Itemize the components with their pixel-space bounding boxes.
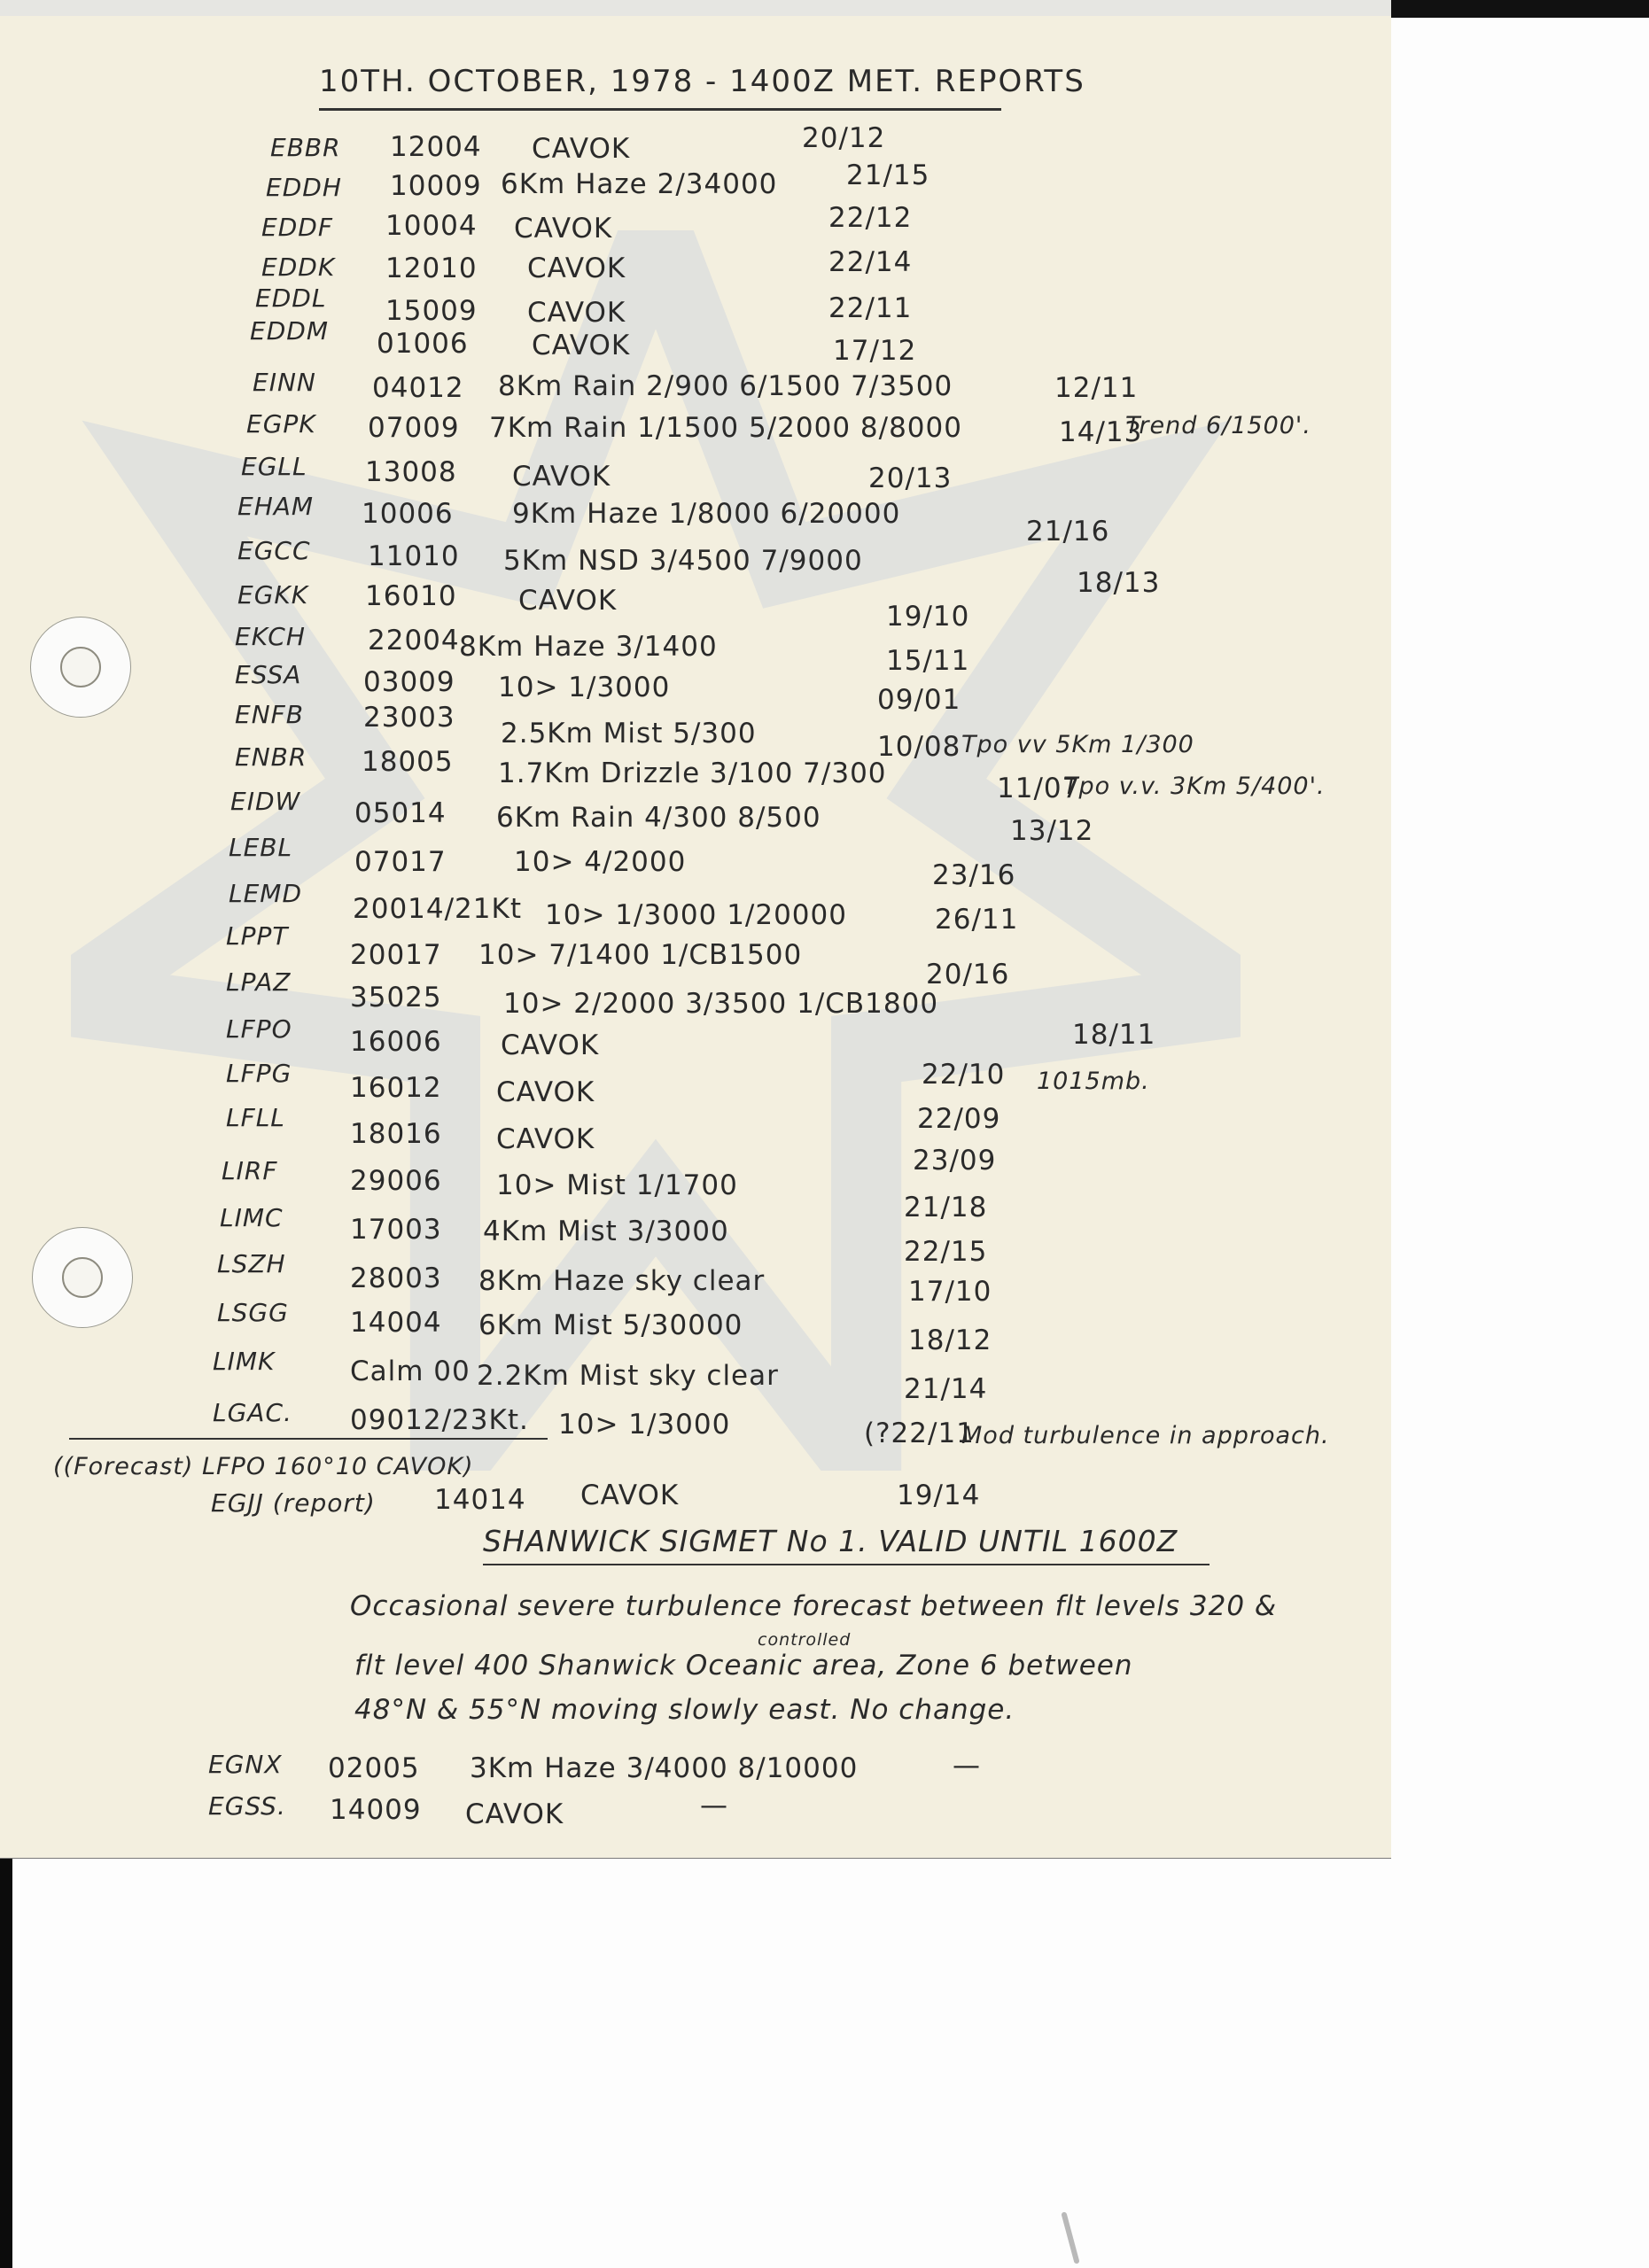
title-underline: [319, 108, 1001, 111]
report-weather: CAVOK: [532, 133, 630, 165]
report-wind: 01006: [377, 328, 469, 360]
sigmet-underline: [483, 1564, 1210, 1565]
report-weather: 9Km Haze 1/8000 6/20000: [512, 498, 900, 530]
report-station: LFLL: [226, 1103, 285, 1132]
report-station: EIDW: [230, 787, 300, 816]
report-station: LPAZ: [226, 967, 291, 997]
report-wind: 12010: [385, 252, 478, 284]
report-temp-dew: 17/12: [833, 335, 916, 367]
report-temp-dew: 15/11: [886, 645, 969, 677]
report-station: LIRF: [222, 1156, 277, 1185]
report-station: EDDM: [250, 316, 329, 346]
report-temp-dew: 21/14: [904, 1373, 987, 1405]
report-weather: 10> 7/1400 1/CB1500: [478, 939, 802, 971]
report-weather: CAVOK: [501, 1029, 599, 1061]
report-temp-dew: 22/14: [828, 246, 912, 278]
report-remark: Tpo vv 5Km 1/300: [961, 731, 1194, 758]
report-temp-dew: 26/11: [935, 904, 1018, 936]
report-temp-dew: 21/18: [904, 1192, 987, 1223]
sigmet-text-line-2: flt level 400 Shanwick Oceanic area, Zon…: [354, 1650, 1133, 1682]
report-station: EGLL: [241, 452, 307, 481]
report-weather: 8Km Rain 2/900 6/1500 7/3500: [498, 370, 953, 402]
report-weather: 7Km Rain 1/1500 5/2000 8/8000: [489, 412, 962, 444]
report-station: EGCC: [237, 536, 311, 565]
paper-top-shadow: [0, 0, 1391, 16]
report-temp-dew: 17/10: [908, 1276, 992, 1308]
report-wind: 16012: [350, 1072, 442, 1104]
report-station: LSZH: [217, 1249, 286, 1278]
report-temp-dew: 22/15: [904, 1236, 987, 1268]
report-wind: 03009: [363, 666, 455, 698]
report-weather: 10> 1/3000: [558, 1409, 730, 1441]
report-wind: 15009: [385, 295, 478, 327]
report-weather: CAVOK: [580, 1480, 679, 1511]
report-wind: 02005: [328, 1752, 420, 1784]
report-weather: 8Km Haze sky clear: [478, 1265, 765, 1297]
report-weather: 10> 4/2000: [514, 846, 686, 878]
hole-reinforcement-ring-bottom: [32, 1227, 133, 1328]
report-wind: 14004: [350, 1307, 442, 1339]
report-wind: 10004: [385, 210, 478, 242]
report-wind: 10006: [362, 498, 454, 530]
report-trailer: —: [953, 1750, 981, 1782]
report-wind: 20014/21Kt: [353, 893, 522, 925]
report-wind: 05014: [354, 797, 447, 829]
scan-mark: [1061, 2211, 1079, 2264]
report-weather: CAVOK: [532, 330, 630, 361]
report-temp-dew: 22/11: [828, 292, 912, 324]
scan-border-left: [0, 1858, 12, 2268]
report-weather: 10> 1/3000 1/20000: [545, 899, 847, 931]
report-wind: 12004: [390, 131, 482, 163]
report-temp-dew: 21/15: [846, 159, 930, 191]
report-station: EDDK: [261, 252, 335, 282]
report-weather: CAVOK: [496, 1123, 595, 1155]
report-wind: 22004: [368, 625, 460, 656]
report-temp-dew: 22/10: [922, 1059, 1005, 1091]
report-weather: 10> Mist 1/1700: [496, 1169, 738, 1201]
report-remark: Trend 6/1500'.: [1125, 412, 1311, 439]
hole-reinforcement-ring-top: [30, 617, 131, 718]
report-temp-dew: 22/12: [828, 202, 912, 234]
sigmet-text-line-1: Occasional severe turbulence forecast be…: [350, 1590, 1277, 1622]
report-weather: CAVOK: [518, 585, 617, 617]
report-station: EHAM: [237, 492, 314, 521]
report-temp-dew: 23/16: [932, 859, 1015, 891]
report-remark: Tpo v.v. 3Km 5/400'.: [1063, 773, 1326, 800]
report-wind: 35025: [350, 982, 442, 1014]
report-wind: 23003: [363, 702, 455, 734]
sigmet-insertion: controlled: [758, 1630, 851, 1650]
report-wind: 18016: [350, 1118, 442, 1150]
report-temp-dew: 13/12: [1010, 815, 1093, 847]
report-wind: 28003: [350, 1262, 442, 1294]
report-station: ESSA: [235, 660, 301, 689]
report-trailer: —: [700, 1790, 728, 1821]
scan-border-top: [1391, 0, 1649, 18]
report-temp-dew: 19/10: [886, 601, 969, 633]
report-wind: 20017: [350, 939, 442, 971]
report-station: LEBL: [229, 833, 292, 862]
report-temp-dew: 21/16: [1026, 516, 1109, 548]
report-wind: 13008: [365, 456, 457, 488]
report-weather: CAVOK: [527, 252, 626, 284]
report-station: EDDF: [261, 213, 333, 242]
report-weather: CAVOK: [514, 213, 612, 245]
report-temp-dew: 18/12: [908, 1324, 992, 1356]
report-temp-dew: 18/11: [1072, 1019, 1155, 1051]
sigmet-text-line-3: 48°N & 55°N moving slowly east. No chang…: [354, 1694, 1015, 1726]
report-weather: CAVOK: [512, 461, 611, 493]
report-wind: 17003: [350, 1214, 442, 1246]
report-station: LFPG: [226, 1059, 292, 1088]
report-weather: 5Km NSD 3/4500 7/9000: [503, 545, 863, 577]
report-wind: 10009: [390, 170, 482, 202]
report-remark: 1015mb.: [1037, 1068, 1150, 1095]
report-temp-dew: 20/13: [868, 462, 952, 494]
report-temp-dew: 18/13: [1077, 567, 1160, 599]
separator-line: [69, 1438, 548, 1440]
report-temp-dew: 22/09: [917, 1103, 1000, 1135]
report-station: ENFB: [235, 700, 304, 729]
report-weather: 4Km Mist 3/3000: [483, 1216, 729, 1247]
report-temp-dew: 09/01: [877, 684, 961, 716]
report-station: EDDL: [255, 283, 326, 313]
report-wind: 09012/23Kt.: [350, 1404, 529, 1436]
report-wind: 16006: [350, 1026, 442, 1058]
report-station: LSGG: [217, 1298, 289, 1327]
report-station: EGJJ (report): [211, 1488, 376, 1518]
report-station: EKCH: [235, 622, 306, 651]
report-station: EGKK: [237, 580, 308, 610]
report-temp-dew: 12/11: [1054, 372, 1138, 404]
report-weather: 10> 2/2000 3/3500 1/CB1800: [503, 988, 938, 1020]
report-weather: CAVOK: [527, 297, 626, 329]
report-wind: 14014: [434, 1484, 526, 1516]
report-station: LPPT: [226, 921, 288, 951]
report-remark: Mod turbulence in approach.: [961, 1422, 1330, 1449]
report-temp-dew: 20/16: [926, 959, 1009, 990]
report-station: EDDH: [266, 173, 342, 202]
forecast-line: ((Forecast) LFPO 160°10 CAVOK): [53, 1453, 474, 1480]
report-weather: 8Km Haze 3/1400: [459, 631, 718, 663]
report-weather: 10> 1/3000: [498, 672, 670, 703]
report-station: LFPO: [226, 1014, 292, 1044]
report-weather: 3Km Haze 3/4000 8/10000: [470, 1752, 858, 1784]
report-wind: 04012: [372, 372, 464, 404]
report-temp-dew: 20/12: [802, 122, 885, 154]
report-station: EBBR: [270, 133, 341, 162]
report-station: LEMD: [229, 879, 302, 908]
sigmet-heading: SHANWICK SIGMET No 1. VALID UNTIL 1600Z: [483, 1524, 1178, 1558]
report-station: EGSS.: [208, 1791, 286, 1821]
report-station: LGAC.: [213, 1398, 292, 1427]
report-wind: 14009: [330, 1794, 422, 1826]
report-station: ENBR: [235, 742, 307, 772]
report-wind: 18005: [362, 746, 454, 778]
page-title: 10TH. OCTOBER, 1978 - 1400Z MET. REPORTS: [319, 64, 1085, 99]
report-weather: 6Km Rain 4/300 8/500: [496, 802, 821, 834]
paper-sheet: 10TH. OCTOBER, 1978 - 1400Z MET. REPORTS…: [0, 0, 1391, 1858]
report-weather: 2.2Km Mist sky clear: [477, 1360, 779, 1392]
report-temp-dew: 23/09: [913, 1145, 996, 1177]
report-wind: 07009: [368, 412, 460, 444]
report-weather: 6Km Mist 5/30000: [478, 1309, 743, 1341]
report-station: EGNX: [208, 1750, 283, 1779]
report-wind: 29006: [350, 1165, 442, 1197]
report-station: EINN: [253, 368, 316, 397]
report-temp-dew: 19/14: [897, 1480, 980, 1511]
report-temp-dew: (?22/11: [864, 1417, 975, 1449]
report-weather: 6Km Haze 2/34000: [501, 168, 777, 200]
report-station: LIMC: [220, 1203, 284, 1232]
report-wind: 16010: [365, 580, 457, 612]
report-weather: 2.5Km Mist 5/300: [501, 718, 757, 750]
report-wind: 07017: [354, 846, 447, 878]
report-weather: CAVOK: [496, 1076, 595, 1108]
report-temp-dew: 10/08: [877, 731, 961, 763]
report-weather: CAVOK: [465, 1798, 564, 1830]
report-wind: 11010: [368, 540, 460, 572]
report-wind: Calm 00: [350, 1355, 471, 1387]
report-weather: 1.7Km Drizzle 3/100 7/300: [498, 757, 887, 789]
report-station: LIMK: [213, 1347, 275, 1376]
report-station: EGPK: [246, 409, 316, 439]
